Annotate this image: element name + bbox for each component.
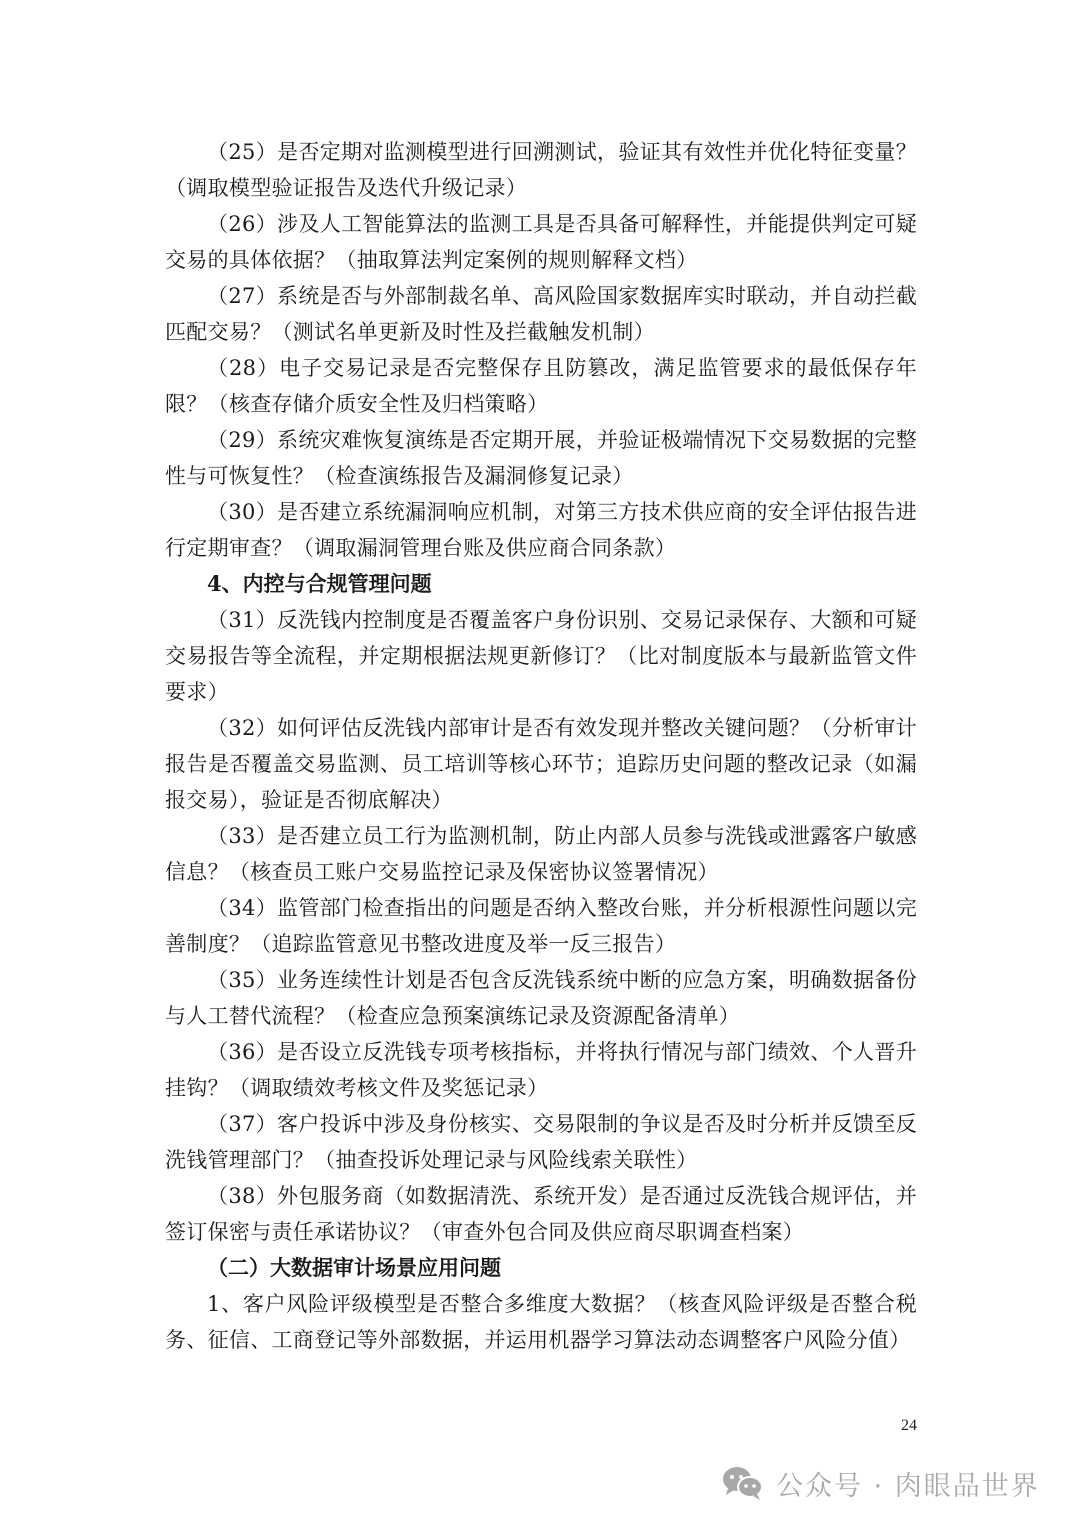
- paragraph-item-38: （38）外包服务商（如数据清洗、系统开发）是否通过反洗钱合规评估，并签订保密与责…: [165, 1178, 917, 1250]
- wechat-icon: [722, 1465, 764, 1501]
- document-body: （25）是否定期对监测模型进行回溯测试，验证其有效性并优化特征变量？（调取模型验…: [165, 134, 917, 1358]
- paragraph-item-25: （25）是否定期对监测模型进行回溯测试，验证其有效性并优化特征变量？（调取模型验…: [165, 134, 917, 206]
- paragraph-item-27: （27）系统是否与外部制裁名单、高风险国家数据库实时联动，并自动拦截匹配交易？（…: [165, 278, 917, 350]
- paragraph-item-35: （35）业务连续性计划是否包含反洗钱系统中断的应急方案，明确数据备份与人工替代流…: [165, 962, 917, 1034]
- paragraph-item-30: （30）是否建立系统漏洞响应机制，对第三方技术供应商的安全评估报告进行定期审查？…: [165, 494, 917, 566]
- page-number: 24: [901, 1417, 917, 1435]
- paragraph-item-32: （32）如何评估反洗钱内部审计是否有效发现并整改关键问题？（分析审计报告是否覆盖…: [165, 710, 917, 818]
- watermark-text: 公众号 · 肉眼品世界: [776, 1464, 1040, 1503]
- watermark: 公众号 · 肉眼品世界: [722, 1463, 1040, 1503]
- section-heading-big-data: （二）大数据审计场景应用问题: [165, 1250, 917, 1286]
- paragraph-item-29: （29）系统灾难恢复演练是否定期开展，并验证极端情况下交易数据的完整性与可恢复性…: [165, 422, 917, 494]
- paragraph-item-33: （33）是否建立员工行为监测机制，防止内部人员参与洗钱或泄露客户敏感信息？（核查…: [165, 818, 917, 890]
- paragraph-big-data-1: 1、客户风险评级模型是否整合多维度大数据？（核查风险评级是否整合税务、征信、工商…: [165, 1286, 917, 1358]
- paragraph-item-36: （36）是否设立反洗钱专项考核指标，并将执行情况与部门绩效、个人晋升挂钩？（调取…: [165, 1034, 917, 1106]
- paragraph-item-31: （31）反洗钱内控制度是否覆盖客户身份识别、交易记录保存、大额和可疑交易报告等全…: [165, 602, 917, 710]
- paragraph-item-34: （34）监管部门检查指出的问题是否纳入整改台账，并分析根源性问题以完善制度？（追…: [165, 890, 917, 962]
- paragraph-item-37: （37）客户投诉中涉及身份核实、交易限制的争议是否及时分析并反馈至反洗钱管理部门…: [165, 1106, 917, 1178]
- paragraph-item-28: （28）电子交易记录是否完整保存且防篡改，满足监管要求的最低保存年限？（核查存储…: [165, 350, 917, 422]
- section-heading-internal-control: 4、内控与合规管理问题: [165, 566, 917, 602]
- paragraph-item-26: （26）涉及人工智能算法的监测工具是否具备可解释性，并能提供判定可疑交易的具体依…: [165, 206, 917, 278]
